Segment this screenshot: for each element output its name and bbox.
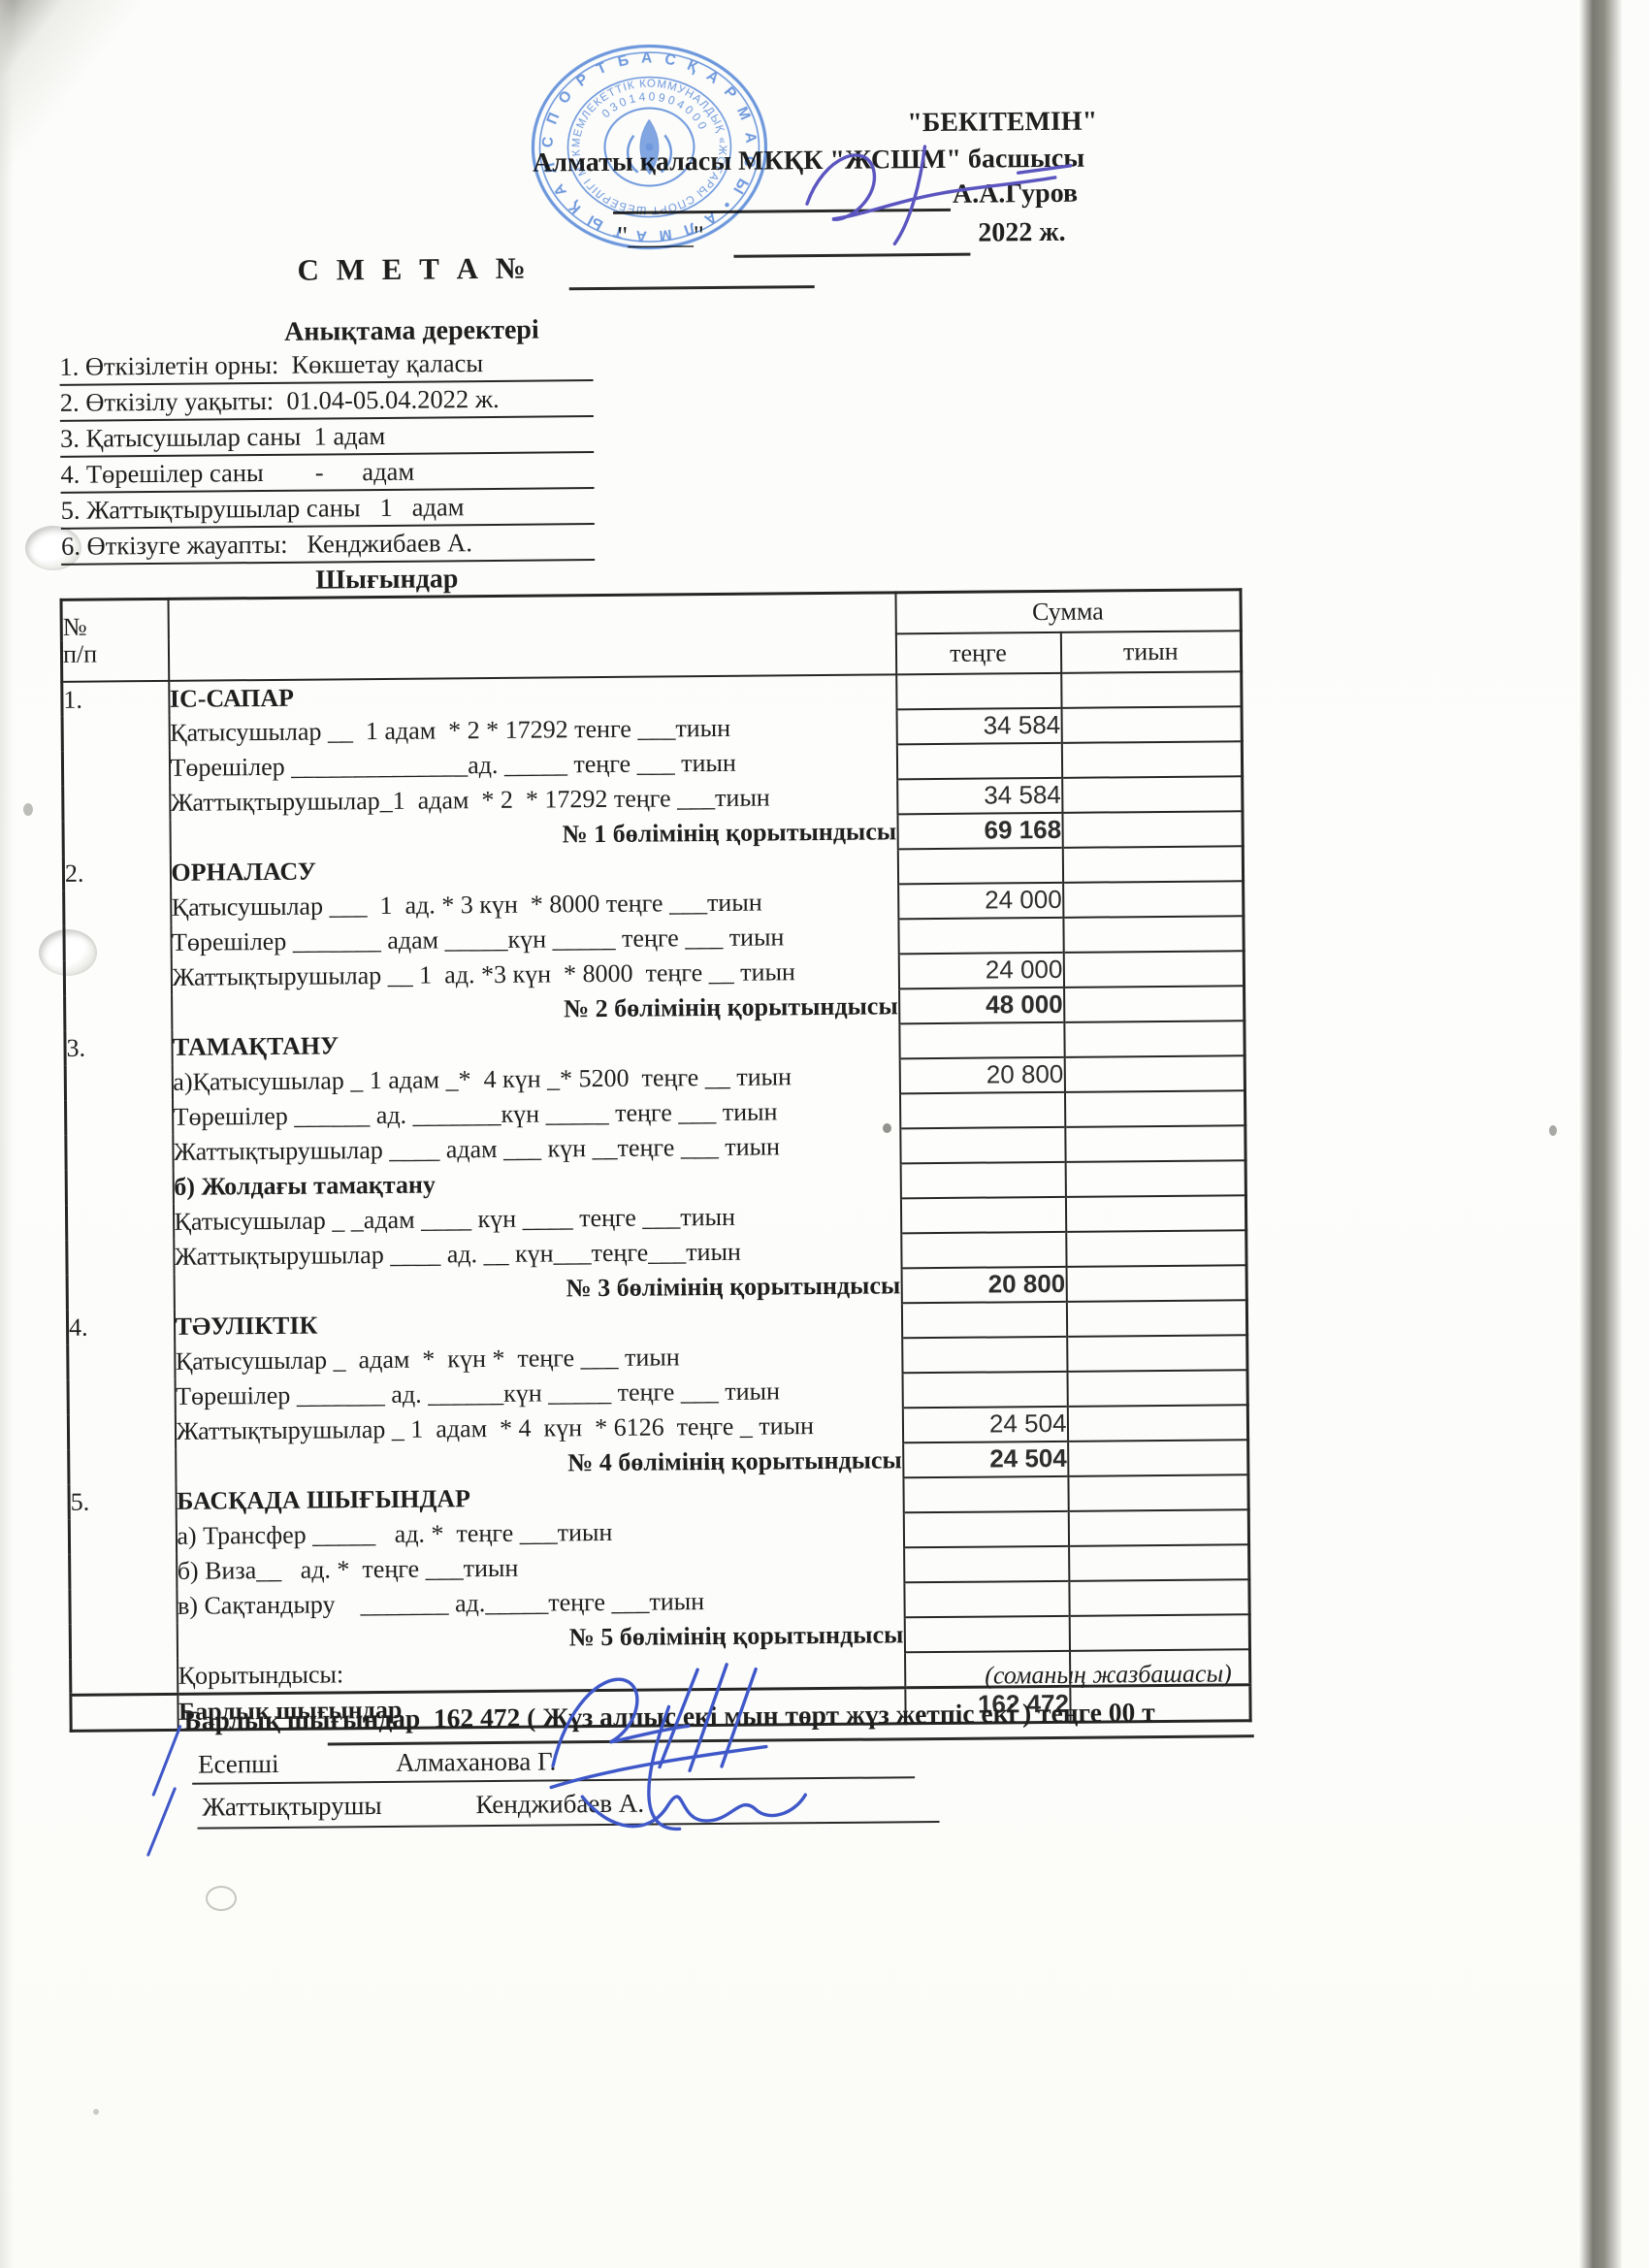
row-number [66, 1100, 173, 1136]
amount-tiyn [1062, 846, 1243, 883]
amount-tiyn [1061, 706, 1242, 743]
amount-tenge [897, 848, 1062, 884]
amount-tiyn [1064, 1055, 1245, 1092]
row-number [63, 786, 170, 822]
amount-tenge [904, 1616, 1069, 1652]
handwritten-signature-approver [777, 132, 1098, 251]
row-number [64, 960, 171, 996]
amount-tiyn [1065, 1160, 1245, 1197]
info-item: 4. Төрешілер саны - адам [60, 453, 594, 494]
info-section-title: Анықтама деректері [284, 315, 539, 348]
document-title: С М Е Т А № [297, 251, 531, 288]
row-number [65, 1065, 172, 1101]
row-number [62, 716, 169, 752]
amount-tiyn [1064, 986, 1245, 1022]
info-item: 2. Өткізілу уақыты: 01.04-05.04.2022 ж. [60, 381, 594, 422]
row-number [64, 891, 171, 926]
amount-tenge [898, 918, 1063, 954]
sum-in-words-note: (соманың жазбашасы) [985, 1659, 1232, 1690]
amount-tiyn [1061, 671, 1242, 708]
col-header-description [168, 593, 896, 681]
row-number [70, 1554, 177, 1590]
amount-tiyn [1068, 1440, 1248, 1476]
row-number [71, 1659, 178, 1695]
amount-tenge [896, 743, 1061, 779]
amount-tenge: 34 584 [897, 778, 1062, 814]
accountant-label: Есепші [198, 1749, 279, 1780]
row-number [68, 1379, 175, 1415]
amount-tiyn [1063, 881, 1244, 918]
amount-tiyn [1061, 741, 1242, 778]
row-number [65, 995, 172, 1031]
info-list: 1. Өткізілетін орны: Көкшетау қаласы2. Ө… [59, 345, 595, 566]
amount-tenge [901, 1302, 1066, 1338]
amount-tenge: 20 800 [901, 1267, 1066, 1303]
row-number [64, 925, 171, 961]
row-number [70, 1589, 177, 1625]
col-header-tenge: теңге [895, 632, 1060, 674]
amount-tenge [900, 1162, 1065, 1198]
row-number: 5. [69, 1484, 176, 1520]
document-content: "БЕКІТЕМІН" Алматы қаласы МКҚК "ЖСШМ" ба… [0, 0, 1649, 2268]
row-number [66, 1205, 173, 1241]
amount-tenge [902, 1337, 1067, 1373]
amount-tiyn [1064, 1090, 1245, 1127]
col-header-tiyn: тиын [1060, 631, 1241, 673]
amount-tiyn [1066, 1265, 1246, 1302]
scanned-document-page: "БЕКІТЕМІН" Алматы қаласы МКҚК "ЖСШМ" ба… [0, 0, 1649, 2268]
row-number [66, 1135, 173, 1171]
amount-tiyn [1067, 1335, 1247, 1372]
expenses-table: № п/п Сумма теңге тиын 1.ІС-САПАРҚатысуш… [59, 588, 1251, 1733]
row-number: 2. [63, 856, 170, 891]
amount-tenge [899, 1022, 1064, 1058]
info-item: 3. Қатысушылар саны 1 адам [60, 417, 594, 458]
amount-tenge: 48 000 [899, 988, 1064, 1023]
info-item: 5. Жаттықтырушылар саны 1 адам [61, 489, 595, 530]
row-number [70, 1624, 177, 1660]
amount-tiyn [1068, 1509, 1248, 1546]
amount-tenge [903, 1476, 1068, 1512]
amount-tiyn [1065, 1195, 1245, 1232]
info-item: 6. Өткізуге жауапты: Кенджибаев А. [61, 525, 595, 566]
amount-tiyn [1064, 1021, 1245, 1057]
amount-tiyn [1063, 951, 1244, 988]
amount-tenge [902, 1372, 1067, 1408]
amount-tiyn [1068, 1474, 1248, 1511]
row-number [67, 1240, 174, 1276]
expense-table-body: 1.ІС-САПАРҚатысушылар __ 1 адам * 2 * 17… [62, 671, 1250, 1731]
amount-tenge [900, 1127, 1065, 1163]
info-item: 1. Өткізілетін орны: Көкшетау қаласы [59, 345, 593, 386]
amount-tenge [904, 1581, 1069, 1617]
amount-tenge: 24 000 [898, 883, 1063, 919]
amount-tiyn [1066, 1300, 1246, 1337]
amount-tiyn [1062, 776, 1243, 813]
amount-tenge: 69 168 [897, 813, 1062, 849]
amount-tiyn [1062, 811, 1243, 848]
row-number: 1. [62, 681, 169, 717]
amount-tenge: 24 000 [898, 953, 1063, 988]
amount-tiyn [1066, 1230, 1246, 1267]
amount-tenge: 24 504 [903, 1442, 1068, 1477]
row-number: 4. [67, 1310, 174, 1345]
row-number [67, 1275, 174, 1311]
stamp-center-emblem [628, 119, 671, 174]
amount-tenge [900, 1197, 1065, 1233]
amount-tenge: 34 584 [896, 708, 1061, 744]
row-number [62, 751, 169, 787]
handwritten-signature-footer [492, 1648, 911, 1856]
official-round-stamp: С П О Р Т Б А С Қ А Р М А С Ы • А Л М А … [524, 29, 774, 264]
amount-tiyn [1065, 1125, 1245, 1162]
amount-tiyn [1069, 1614, 1249, 1651]
amount-tiyn [1069, 1579, 1249, 1616]
row-number [68, 1345, 175, 1380]
amount-tenge: 20 800 [899, 1057, 1064, 1093]
coach-label: Жаттықтырушы [202, 1791, 381, 1823]
row-number [69, 1519, 176, 1555]
amount-tenge [901, 1232, 1066, 1268]
col-header-sum: Сумма [895, 590, 1241, 634]
amount-tiyn [1069, 1544, 1249, 1581]
col-no-label: № [63, 613, 168, 640]
row-number [69, 1449, 176, 1485]
amount-tenge [904, 1546, 1069, 1582]
row-number [68, 1414, 175, 1450]
amount-tenge [903, 1511, 1068, 1547]
amount-tiyn [1063, 916, 1244, 953]
handwritten-slash-marks [142, 1721, 210, 1867]
amount-tiyn [1067, 1370, 1247, 1407]
expenses-title: Шығындар [315, 564, 458, 596]
col-no2-label: п/п [63, 640, 168, 667]
col-header-number: № п/п [61, 599, 169, 681]
row-number [66, 1170, 173, 1206]
amount-tenge [899, 1092, 1064, 1128]
amount-tiyn [1067, 1405, 1247, 1442]
amount-tenge [896, 673, 1061, 709]
row-number: 3. [65, 1030, 172, 1066]
row-number [63, 821, 170, 857]
amount-tenge: 24 504 [902, 1407, 1067, 1442]
